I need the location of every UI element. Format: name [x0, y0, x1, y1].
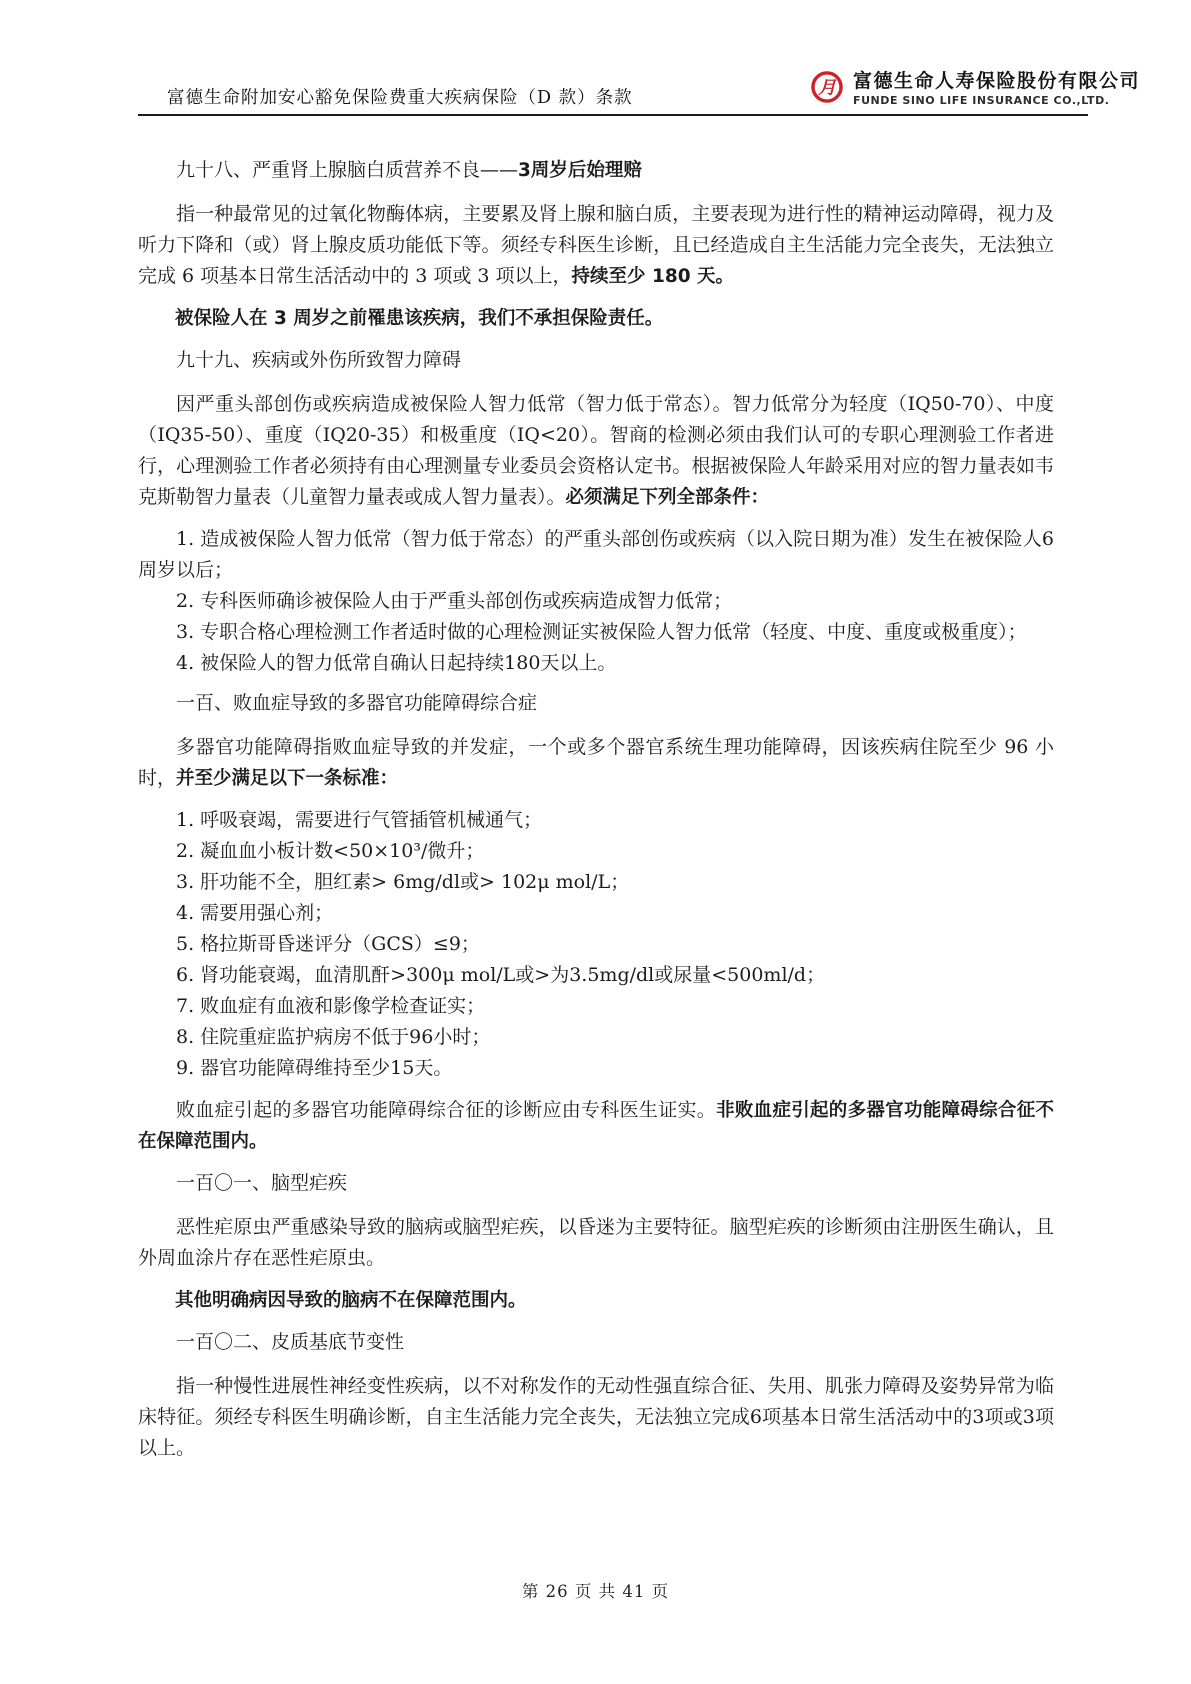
company-logo-icon: 月 — [810, 70, 844, 104]
bold-text: 持续至少 180 天。 — [572, 266, 735, 287]
list-item: 5. 格拉斯哥昏迷评分（GCS）≤9； — [138, 929, 1054, 960]
list-item: 9. 器官功能障碍维持至少15天。 — [138, 1053, 1054, 1084]
page-number: 第 26 页 共 41 页 — [0, 1578, 1191, 1602]
list-item: 7. 败血症有血液和影像学检查证实； — [138, 991, 1054, 1022]
document-page: 富德生命附加安心豁免保险费重大疾病保险（D 款）条款 月 富德生命人寿保险股份有… — [0, 0, 1191, 1684]
document-title: 富德生命附加安心豁免保险费重大疾病保险（D 款）条款 — [167, 84, 633, 109]
section-98-exclusion-note: 被保险人在 3 周岁之前罹患该疾病，我们不承担保险责任。 — [138, 303, 1054, 334]
list-item: 6. 肾功能衰竭，血清肌酐>300μ mol/L或>为3.5mg/dl或尿量<5… — [138, 960, 1054, 991]
bold-text: 并至少满足以下一条标准： — [176, 768, 398, 789]
document-body: 九十八、严重肾上腺脑白质营养不良——3周岁后始理赔 指一种最常见的过氧化物酶体病… — [138, 146, 1054, 1475]
section-99-heading: 九十九、疾病或外伤所致智力障碍 — [138, 345, 1054, 376]
section-100-paragraph: 多器官功能障碍指败血症导致的并发症，一个或多个器官系统生理功能障碍，因该疾病住院… — [138, 732, 1054, 794]
paragraph-text: 败血症引起的多器官功能障碍综合征的诊断应由专科医生证实。 — [176, 1099, 716, 1121]
header-divider — [138, 114, 1088, 116]
company-logo: 月 富德生命人寿保险股份有限公司 FUNDE SINO LIFE INSURAN… — [810, 66, 1140, 107]
section-98-paragraph: 指一种最常见的过氧化物酶体病，主要累及肾上腺和脑白质，主要表现为进行性的精神运动… — [138, 199, 1054, 292]
section-99-paragraph: 因严重头部创伤或疾病造成被保险人智力低常（智力低于常态）。智力低常分为轻度（IQ… — [138, 389, 1054, 513]
section-100-heading: 一百、败血症导致的多器官功能障碍综合症 — [138, 688, 1054, 719]
list-item: 3. 专职合格心理检测工作者适时做的心理检测证实被保险人智力低常（轻度、中度、重… — [138, 617, 1054, 648]
list-item: 1. 造成被保险人智力低常（智力低于常态）的严重头部创伤或疾病（以入院日期为准）… — [138, 524, 1054, 586]
bold-text: 必须满足下列全部条件： — [566, 487, 770, 508]
heading-text: 九十八、严重肾上腺脑白质营养不良—— — [176, 159, 518, 181]
svg-text:月: 月 — [818, 77, 837, 98]
section-100-closing-paragraph: 败血症引起的多器官功能障碍综合征的诊断应由专科医生证实。非败血症引起的多器官功能… — [138, 1095, 1054, 1157]
company-logo-text: 富德生命人寿保险股份有限公司 FUNDE SINO LIFE INSURANCE… — [853, 66, 1140, 107]
heading-bold-text: 3周岁后始理赔 — [518, 160, 642, 181]
section-101-paragraph: 恶性疟原虫严重感染导致的脑病或脑型疟疾，以昏迷为主要特征。脑型疟疾的诊断须由注册… — [138, 1212, 1054, 1274]
list-item: 4. 被保险人的智力低常自确认日起持续180天以上。 — [138, 648, 1054, 679]
section-101-heading: 一百〇一、脑型疟疾 — [138, 1168, 1054, 1199]
company-name-en: FUNDE SINO LIFE INSURANCE CO.,LTD. — [853, 94, 1140, 107]
company-name-cn: 富德生命人寿保险股份有限公司 — [853, 66, 1140, 93]
list-item: 4. 需要用强心剂； — [138, 898, 1054, 929]
list-item: 1. 呼吸衰竭，需要进行气管插管机械通气； — [138, 805, 1054, 836]
list-item: 3. 肝功能不全，胆红素> 6mg/dl或> 102μ mol/L； — [138, 867, 1054, 898]
section-102-heading: 一百〇二、皮质基底节变性 — [138, 1327, 1054, 1358]
section-98-heading: 九十八、严重肾上腺脑白质营养不良——3周岁后始理赔 — [138, 155, 1054, 186]
section-101-exclusion-note: 其他明确病因导致的脑病不在保障范围内。 — [138, 1285, 1054, 1316]
list-item: 2. 凝血血小板计数<50×10³/微升； — [138, 836, 1054, 867]
section-102-paragraph: 指一种慢性进展性神经变性疾病，以不对称发作的无动性强直综合征、失用、肌张力障碍及… — [138, 1371, 1054, 1464]
list-item: 2. 专科医师确诊被保险人由于严重头部创伤或疾病造成智力低常； — [138, 586, 1054, 617]
list-item: 8. 住院重症监护病房不低于96小时； — [138, 1022, 1054, 1053]
